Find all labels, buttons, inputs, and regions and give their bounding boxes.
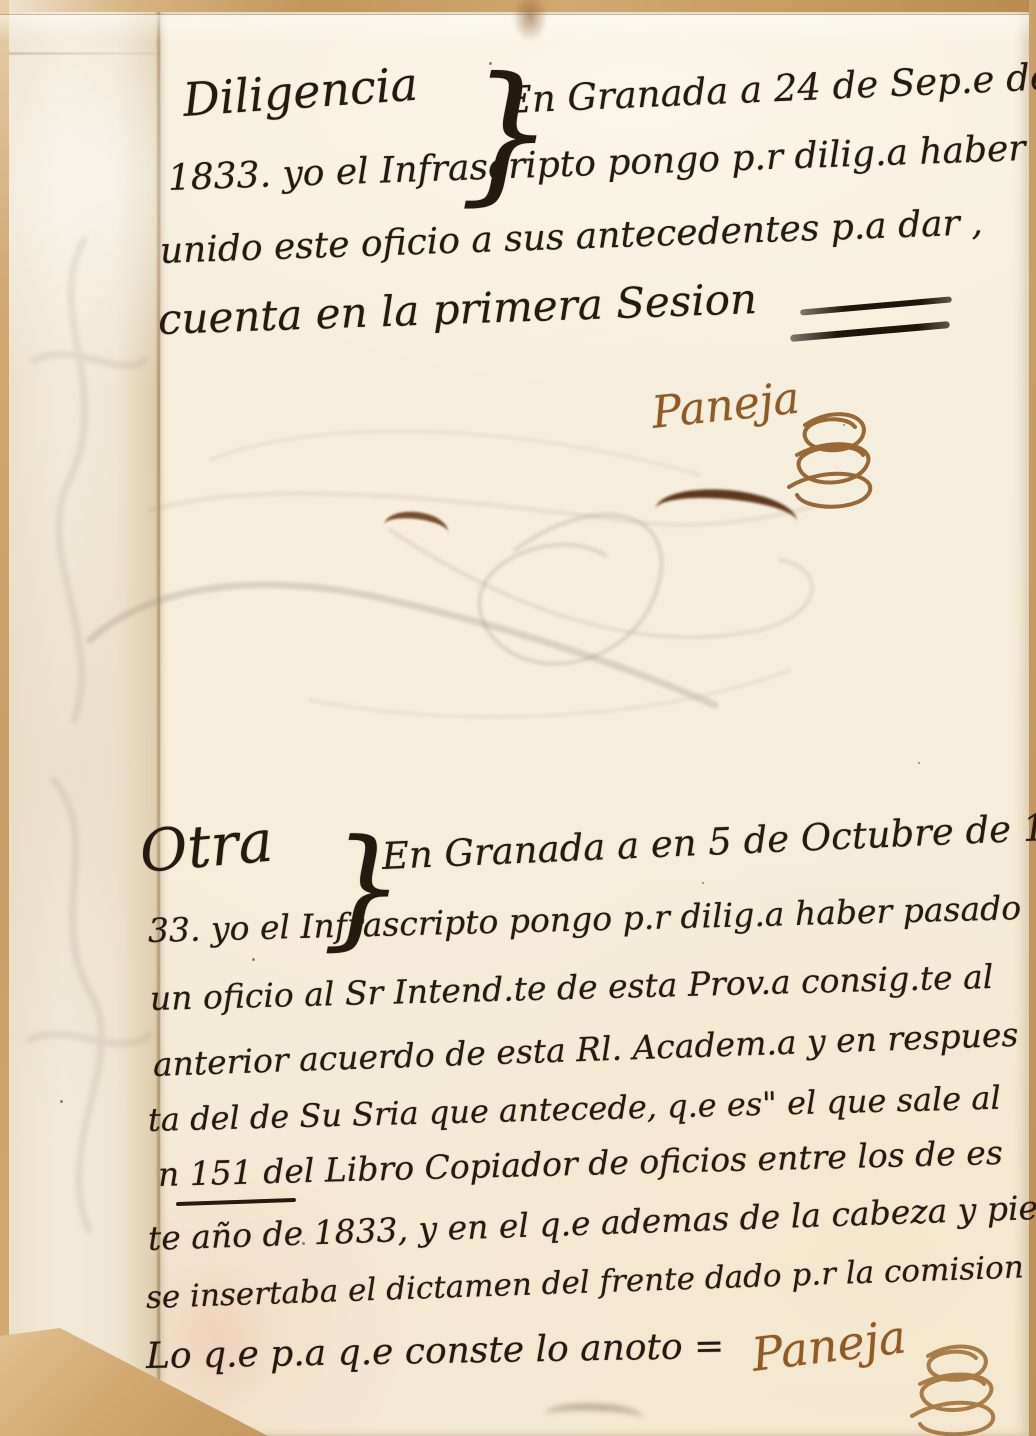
paper-speck bbox=[60, 1100, 63, 1103]
backing-paper-left-edge bbox=[0, 0, 9, 1436]
manuscript-scan: Diligencia } En Granada a 24 de Sep.e de… bbox=[0, 0, 1036, 1436]
entry2-heading: Otra bbox=[137, 811, 275, 883]
bleed-through-flourish bbox=[60, 400, 850, 740]
paper-speck bbox=[252, 958, 255, 961]
paper-speck bbox=[918, 762, 920, 764]
signature-rubric bbox=[900, 1336, 1012, 1436]
paper-speck bbox=[702, 882, 704, 884]
strip-crease bbox=[9, 52, 159, 55]
strip-bleed-through-marks bbox=[14, 220, 154, 1300]
signature-rubric bbox=[775, 403, 890, 513]
